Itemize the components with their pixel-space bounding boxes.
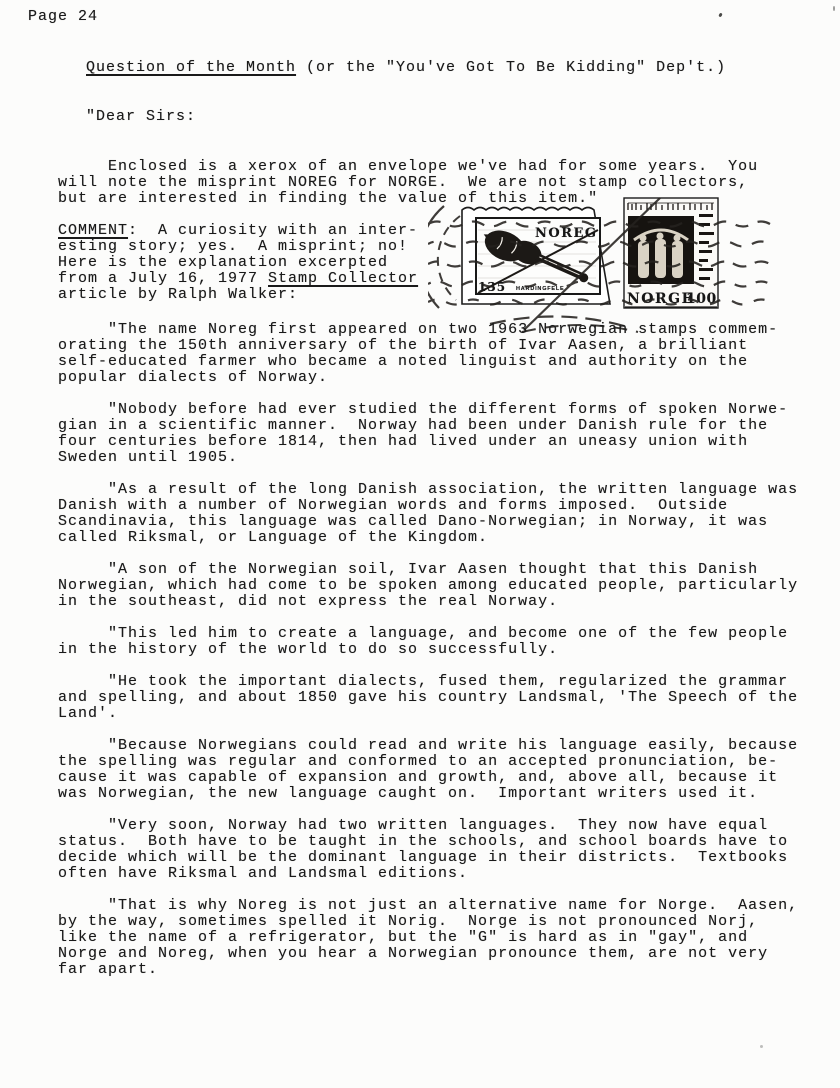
- page-number: Page 24: [28, 9, 98, 25]
- article-body: "The name Noreg first appeared on two 19…: [58, 322, 810, 994]
- hardingfele-caption: HARDINGFELE: [516, 286, 565, 292]
- envelope-stamps-image: NOREG 135 HARDINGFELE: [428, 190, 780, 334]
- article-paragraph: "As a result of the long Danish associat…: [58, 482, 810, 546]
- article-paragraph: "Because Norwegians could read and write…: [58, 738, 810, 802]
- illumination-stamp: NORGE 100: [624, 198, 718, 308]
- comment-text-after: article by Ralph Walker:: [58, 286, 298, 303]
- scan-artifact: [760, 1045, 763, 1048]
- section-subtitle: (or the "You've Got To Be Kidding" Dep't…: [296, 59, 726, 76]
- scan-artifact: [718, 13, 723, 18]
- letter-salutation: "Dear Sirs:: [86, 109, 196, 125]
- editor-comment: COMMENT: A curiosity with an inter- esti…: [58, 223, 450, 303]
- article-paragraph: "Very soon, Norway had two written langu…: [58, 818, 810, 882]
- article-paragraph: "Nobody before had ever studied the diff…: [58, 402, 810, 466]
- section-heading: Question of the Month (or the "You've Go…: [86, 60, 786, 76]
- section-title: Question of the Month: [86, 59, 296, 76]
- article-paragraph: "That is why Noreg is not just an altern…: [58, 898, 810, 978]
- scanned-newsletter-page: Page 24 Question of the Month (or the "Y…: [0, 0, 840, 1088]
- comment-label: COMMENT: [58, 222, 128, 239]
- article-paragraph: "This led him to create a language, and …: [58, 626, 810, 658]
- publication-name: Stamp Collector: [268, 270, 418, 287]
- scan-artifact: [833, 6, 835, 11]
- noreg-text: NOREG: [535, 226, 598, 241]
- article-paragraph: "The name Noreg first appeared on two 19…: [58, 322, 810, 386]
- article-paragraph: "A son of the Norwegian soil, Ivar Aasen…: [58, 562, 810, 610]
- article-paragraph: "He took the important dialects, fused t…: [58, 674, 810, 722]
- robed-figures: [638, 233, 683, 279]
- norge-text: NORGE: [627, 291, 694, 307]
